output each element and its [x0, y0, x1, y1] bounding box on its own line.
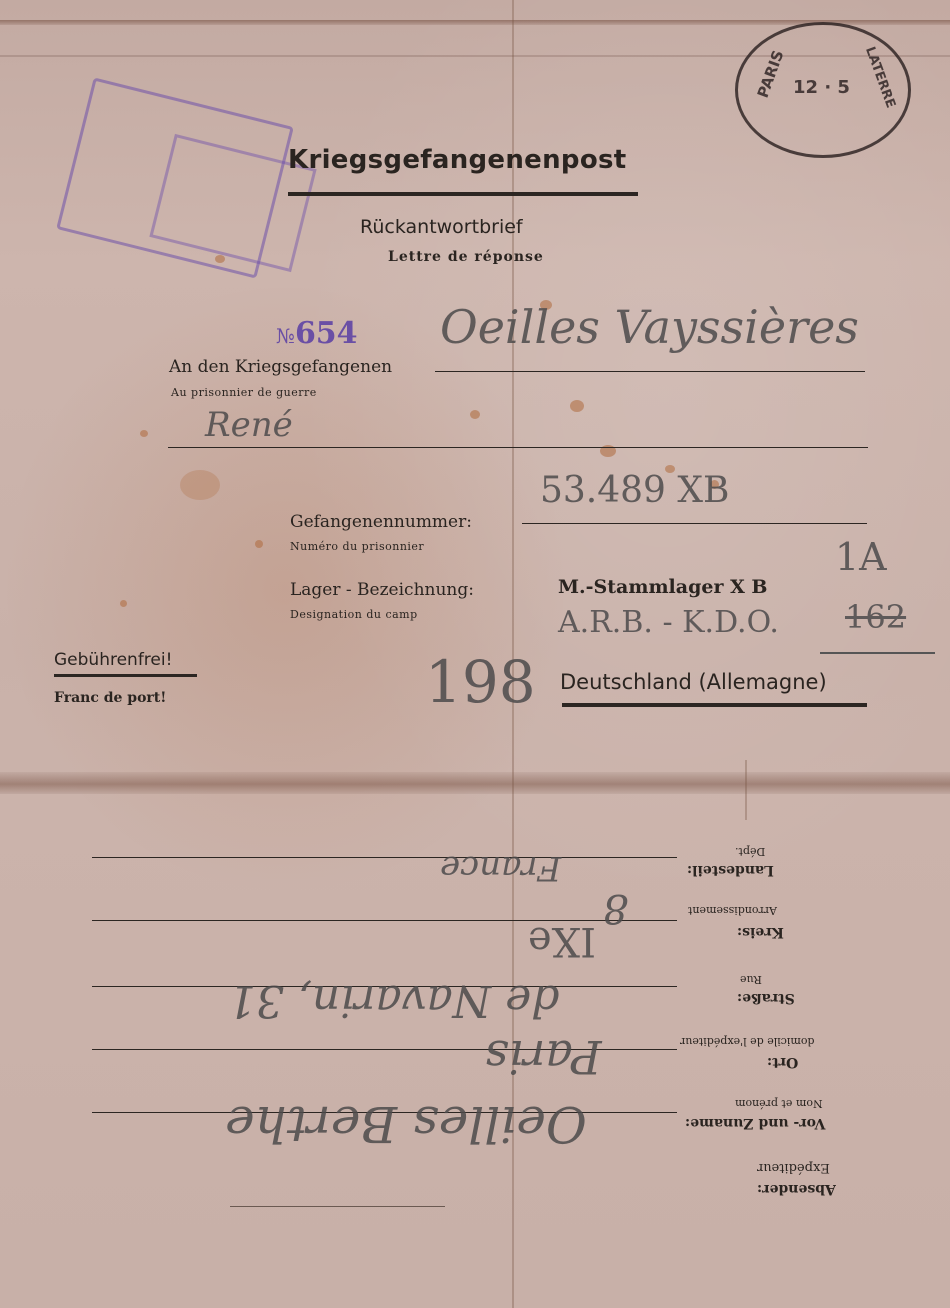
- name-label-fr: Nom et prénom: [735, 1097, 823, 1110]
- sender-label-de: Absender:: [757, 1181, 836, 1197]
- region-label-de: Landesteil:: [687, 862, 774, 878]
- country-underline: [562, 703, 867, 707]
- form-subtitle-fr: Lettre de réponse: [388, 249, 544, 265]
- stain-spot: [255, 540, 263, 548]
- camp-annotation-handwritten: 1A: [835, 535, 887, 579]
- postmark-date: 12 · 5: [793, 77, 850, 98]
- region-label-fr: Dépt.: [735, 845, 765, 858]
- number-stamp: №654: [276, 316, 358, 351]
- camp-printed: M.-Stammlager X B: [558, 576, 768, 598]
- street-label-de: Straße:: [737, 990, 795, 1006]
- recipient-label-de: An den Kriegsgefangenen: [169, 357, 392, 377]
- form-title: Kriegsgefangenenpost: [288, 145, 627, 175]
- postage-free-de: Gebührenfrei!: [54, 650, 172, 670]
- form-subtitle-de: Rückantwortbrief: [360, 216, 523, 238]
- number-prefix: №: [276, 324, 295, 348]
- prisoner-number-handwritten: 53.489 XB: [540, 470, 730, 511]
- postage-underline: [54, 674, 197, 677]
- stain-spot: [570, 400, 584, 412]
- prisoner-number-line: [522, 523, 867, 524]
- region-handwritten: France: [440, 848, 561, 888]
- prisoner-number-label-fr: Numéro du prisonnier: [290, 540, 424, 553]
- place-label-de: Ort:: [767, 1054, 798, 1070]
- recipient-firstname-line: [168, 447, 868, 448]
- region-line: [92, 857, 677, 858]
- postmark-city: PARIS: [754, 48, 788, 100]
- street-label-fr: Rue: [740, 973, 762, 986]
- camp-label-de: Lager - Bezeichnung:: [290, 580, 474, 600]
- recipient-surname-line: [435, 371, 865, 372]
- country-label: Deutschland (Allemagne): [560, 670, 827, 694]
- district-label-fr: Arrondissement: [688, 904, 777, 917]
- district-handwritten: IXe: [528, 918, 596, 964]
- stain-spot: [180, 470, 220, 500]
- margin-number-handwritten: 198: [425, 648, 536, 716]
- name-handwritten: Oeilles Berthe: [225, 1095, 587, 1153]
- district-label-de: Kreis:: [737, 924, 784, 940]
- prisoner-number-label-de: Gefangenennummer:: [290, 512, 472, 532]
- middle-fold-crease: [0, 772, 950, 794]
- place-label-fr: domicile de l'expéditeur: [680, 1035, 815, 1048]
- camp-detail-handwritten: A.R.B. - K.D.O.: [558, 605, 779, 640]
- camp-underline: [820, 652, 935, 654]
- region-extra-handwritten: 8: [603, 885, 628, 931]
- recipient-surname-handwritten: Oeilles Vayssières: [440, 300, 859, 354]
- paris-postmark: PARIS 12 · 5 LATERRE: [735, 22, 911, 158]
- sender-bottom-line: [230, 1206, 445, 1207]
- postmark-suffix: LATERRE: [862, 45, 898, 110]
- sender-label-fr: Expéditeur: [757, 1160, 830, 1175]
- recipient-firstname-handwritten: René: [205, 405, 293, 445]
- stain-spot: [470, 410, 480, 419]
- camp-label-fr: Designation du camp: [290, 608, 418, 621]
- name-label-de: Vor- und Zuname:: [685, 1115, 826, 1131]
- recipient-label-fr: Au prisonnier de guerre: [171, 386, 317, 399]
- title-underline: [288, 192, 638, 196]
- place-handwritten: Paris: [485, 1030, 602, 1084]
- postage-free-fr: Franc de port!: [54, 690, 166, 706]
- number-value: 654: [295, 316, 358, 351]
- vertical-tear: [745, 760, 747, 820]
- street-handwritten: de Navarin, 31: [228, 975, 559, 1026]
- stain-spot: [120, 600, 127, 607]
- stain-spot: [140, 430, 148, 437]
- camp-crossed-number: 162: [845, 598, 906, 636]
